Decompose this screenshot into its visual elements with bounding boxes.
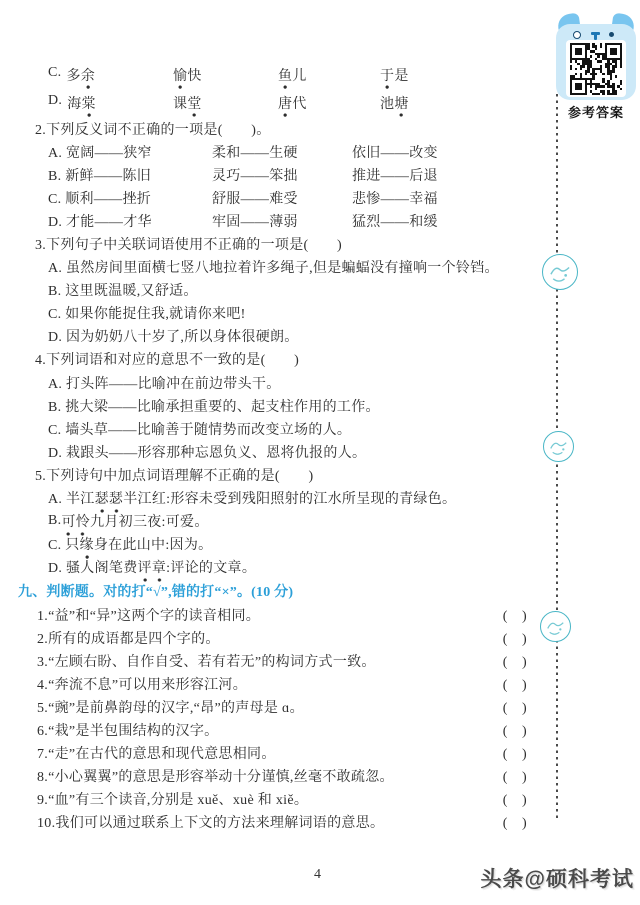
tf-item-4: 4.“奔流不息”可以用来形容江河。( ) bbox=[33, 673, 533, 696]
tf-item-8: 8.“小心翼翼”的意思是形容举动十分谨慎,丝毫不敢疏忽。( ) bbox=[33, 765, 533, 788]
tf-item-6: 6.“栽”是半包围结构的汉字。( ) bbox=[33, 719, 533, 742]
q5-option-b: B. 可怜九月初三夜:可爱。 bbox=[33, 510, 533, 533]
q3-option-b: B. 这里既温暖,又舒适。 bbox=[33, 279, 533, 302]
q1-option-c: C.多余 愉快 鱼儿 于是 bbox=[33, 61, 533, 89]
q2-option-a: A. 宽阔——狭窄柔和——生硬依旧——改变 bbox=[33, 140, 533, 163]
qr-code-box bbox=[566, 40, 626, 97]
q5-option-a: A. 半江瑟瑟半江红:形容未受到残阳照射的江水所呈现的青绿色。 bbox=[33, 487, 533, 510]
q3-option-a: A. 虽然房间里面横七竖八地拉着许多绳子,但是蝙蝠没有撞响一个铃铛。 bbox=[33, 256, 533, 279]
cat-eye-left-icon bbox=[573, 31, 581, 39]
q3-option-c: C. 如果你能捉住我,就请你来吧! bbox=[33, 302, 533, 325]
answer-blank: ( ) bbox=[503, 812, 527, 832]
stamp-doodle-icon bbox=[544, 432, 573, 461]
word: 愉快 bbox=[173, 65, 278, 85]
qr-code bbox=[570, 43, 623, 96]
answer-blank: ( ) bbox=[503, 743, 527, 763]
tf-item-7: 7.“走”在古代的意思和现代意思相同。( ) bbox=[33, 742, 533, 765]
q5-stem: 5.下列诗句中加点词语理解不正确的是( ) bbox=[33, 463, 533, 486]
decor-stamp-1 bbox=[542, 254, 578, 290]
q5-option-c: C. 只缘身在此山中:因为。 bbox=[33, 533, 533, 556]
q2-option-c: C. 顺利——挫折舒服——难受悲惨——幸福 bbox=[33, 186, 533, 209]
word: 课堂 bbox=[173, 93, 278, 113]
exam-content: C.多余 愉快 鱼儿 于是 D.海棠 课堂 唐代 池塘 2.下列反义词不正确的一… bbox=[33, 61, 533, 834]
q2-option-b: B. 新鲜——陈旧灵巧——笨拙推进——后退 bbox=[33, 163, 533, 186]
stamp-doodle-icon bbox=[543, 255, 577, 289]
cat-eye-right-icon bbox=[609, 32, 614, 37]
watermark: 头条@硕科考试 bbox=[481, 863, 634, 893]
q4-stem: 4.下列词语和对应的意思不一致的是( ) bbox=[33, 348, 533, 371]
q3-stem: 3.下列句子中关联词语使用不正确的一项是( ) bbox=[33, 232, 533, 255]
section9-header: 九、判断题。对的打“√”,错的打“×”。(10 分) bbox=[18, 579, 533, 604]
q2-stem: 2.下列反义词不正确的一项是( )。 bbox=[33, 117, 533, 140]
answer-blank: ( ) bbox=[503, 789, 527, 809]
word: 多余 bbox=[66, 65, 95, 85]
answer-blank: ( ) bbox=[503, 628, 527, 648]
tf-item-10: 10.我们可以通过联系上下文的方法来理解词语的意思。( ) bbox=[33, 811, 533, 834]
answer-blank: ( ) bbox=[503, 697, 527, 717]
word: 海棠 bbox=[67, 93, 96, 113]
tf-item-5: 5.“豌”是前鼻韵母的汉字,“昂”的声母是 ɑ。( ) bbox=[33, 696, 533, 719]
q3-option-d: D. 因为奶奶八十岁了,所以身体很硬朗。 bbox=[33, 325, 533, 348]
page-number: 4 bbox=[314, 867, 321, 883]
word: 唐代 bbox=[278, 93, 380, 113]
answer-blank: ( ) bbox=[503, 720, 527, 740]
qr-frame bbox=[556, 24, 636, 100]
tf-item-3: 3.“左顾右盼、自作自受、若有若无”的构词方式一致。( ) bbox=[33, 650, 533, 673]
answer-blank: ( ) bbox=[503, 605, 527, 625]
q5-option-d: D. 骚人阁笔费评章:评论的文章。 bbox=[33, 556, 533, 579]
decor-stamp-2 bbox=[543, 431, 574, 462]
stamp-doodle-icon bbox=[541, 612, 570, 641]
tf-item-1: 1.“益”和“异”这两个字的读音相同。( ) bbox=[33, 604, 533, 627]
word: 池塘 bbox=[380, 93, 409, 113]
answer-blank: ( ) bbox=[503, 766, 527, 786]
decor-stamp-3 bbox=[540, 611, 571, 642]
q2-option-d: D. 才能——才华牢固——薄弱猛烈——和缓 bbox=[33, 209, 533, 232]
answer-blank: ( ) bbox=[503, 651, 527, 671]
tf-item-9: 9.“血”有三个读音,分别是 xuě、xuè 和 xiě。( ) bbox=[33, 788, 533, 811]
q4-option-d: D. 栽跟头——形容那种忘恩负义、恩将仇报的人。 bbox=[33, 440, 533, 463]
q1-option-d: D.海棠 课堂 唐代 池塘 bbox=[33, 89, 533, 117]
word: 鱼儿 bbox=[278, 65, 380, 85]
q4-option-a: A. 打头阵——比喻冲在前边带头干。 bbox=[33, 371, 533, 394]
tf-item-2: 2.所有的成语都是四个字的。( ) bbox=[33, 627, 533, 650]
qr-label: 参考答案 bbox=[556, 102, 636, 121]
answer-blank: ( ) bbox=[503, 674, 527, 694]
q4-option-b: B. 挑大梁——比喻承担重要的、起支柱作用的工作。 bbox=[33, 394, 533, 417]
exam-page: 参考答案 C.多余 愉快 鱼儿 于是 D.海棠 课堂 唐代 池塘 2.下列反义词… bbox=[0, 0, 640, 905]
word: 于是 bbox=[380, 65, 409, 85]
q4-option-c: C. 墙头草——比喻善于随情势而改变立场的人。 bbox=[33, 417, 533, 440]
